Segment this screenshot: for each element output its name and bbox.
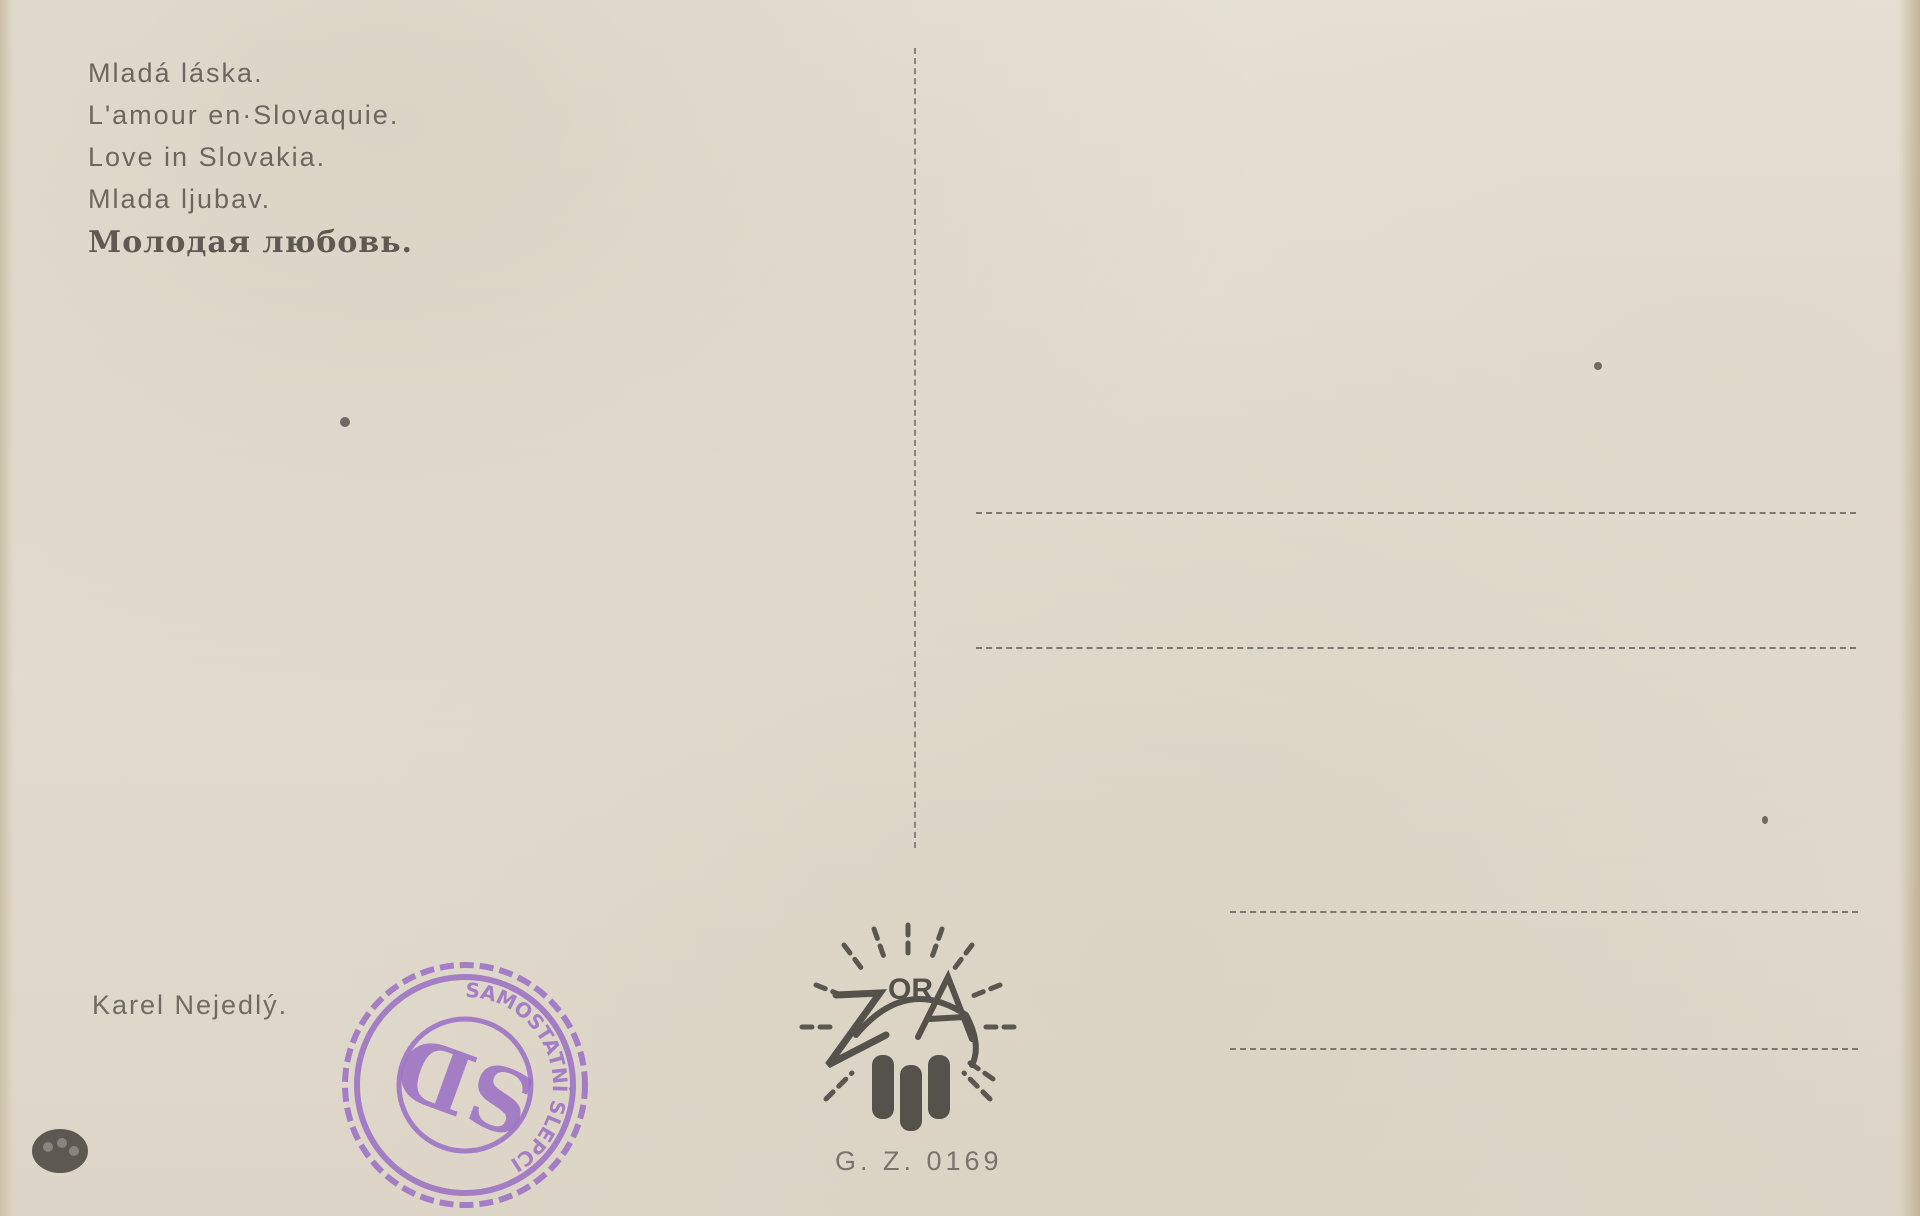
printer-mark-icon	[30, 1123, 90, 1175]
paper-edge	[0, 0, 14, 1216]
address-line	[976, 512, 1856, 514]
caption-czech: Mladá láska.	[88, 52, 413, 94]
svg-text:SD: SD	[384, 1014, 547, 1156]
zora-sunburst-logo-icon: OR	[796, 905, 1020, 1135]
caption-english: Love in Slovakia.	[88, 136, 413, 178]
author-name: Karel Nejedlý.	[92, 990, 288, 1021]
caption-french: L'amour en·Slovaquie.	[88, 94, 413, 136]
catalog-number: G. Z. 0169	[835, 1146, 1003, 1177]
ink-spot	[1594, 362, 1602, 370]
paper-edge	[1898, 0, 1920, 1216]
address-line	[1230, 911, 1858, 913]
ink-spot	[1762, 816, 1768, 824]
address-line	[976, 647, 1856, 649]
caption-serbian: Mlada ljubav.	[88, 178, 413, 220]
caption-block: Mladá láska. L'amour en·Slovaquie. Love …	[88, 52, 413, 264]
postcard-back: Mladá láska. L'amour en·Slovaquie. Love …	[0, 0, 1920, 1216]
caption-russian: Молодая любовь.	[88, 222, 413, 264]
ink-spot	[340, 417, 350, 427]
center-divider	[914, 48, 916, 848]
address-line	[1230, 1048, 1858, 1050]
purple-ink-stamp-icon: SD SAMOSTATNÍ SLEPCI	[335, 955, 595, 1215]
